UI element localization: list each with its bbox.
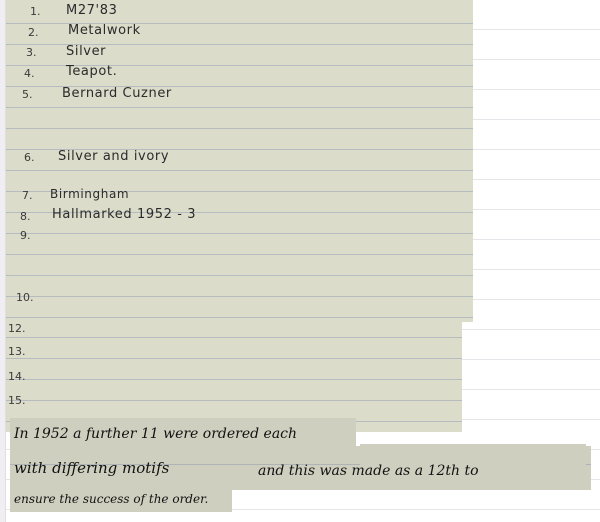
field-number: 2. bbox=[28, 26, 39, 39]
field-number: 15. bbox=[8, 394, 26, 407]
field-number: 8. bbox=[20, 210, 31, 223]
field-number: 12. bbox=[8, 322, 26, 335]
field-number: 1. bbox=[30, 5, 41, 18]
field-value-material-class: Silver bbox=[66, 44, 106, 59]
note-line-1: In 1952 a further 11 were ordered each bbox=[14, 426, 297, 442]
field-number: 14. bbox=[8, 370, 26, 383]
note-line-2-left: with differing motifs bbox=[14, 459, 169, 477]
field-number: 10. bbox=[16, 291, 34, 304]
note-line-2-right: and this was made as a 12th to bbox=[258, 463, 479, 479]
field-value-accession: M27'83 bbox=[66, 3, 117, 18]
note-line-3: ensure the success of the order. bbox=[14, 492, 208, 506]
field-number: 6. bbox=[24, 151, 35, 164]
field-value-materials: Silver and ivory bbox=[58, 149, 169, 164]
field-value-maker: Bernard Cuzner bbox=[62, 86, 172, 101]
field-number: 4. bbox=[24, 67, 35, 80]
field-number: 13. bbox=[8, 345, 26, 358]
field-number: 3. bbox=[26, 46, 37, 59]
field-value-date: Hallmarked 1952 - 3 bbox=[52, 207, 196, 222]
field-value-object: Teapot. bbox=[66, 64, 117, 79]
field-number: 7. bbox=[22, 189, 33, 202]
field-number: 5. bbox=[22, 88, 33, 101]
record-card-lower bbox=[6, 320, 462, 432]
field-value-category: Metalwork bbox=[68, 23, 141, 38]
field-number: 9. bbox=[20, 229, 31, 242]
field-value-place: Birmingham bbox=[50, 187, 129, 201]
